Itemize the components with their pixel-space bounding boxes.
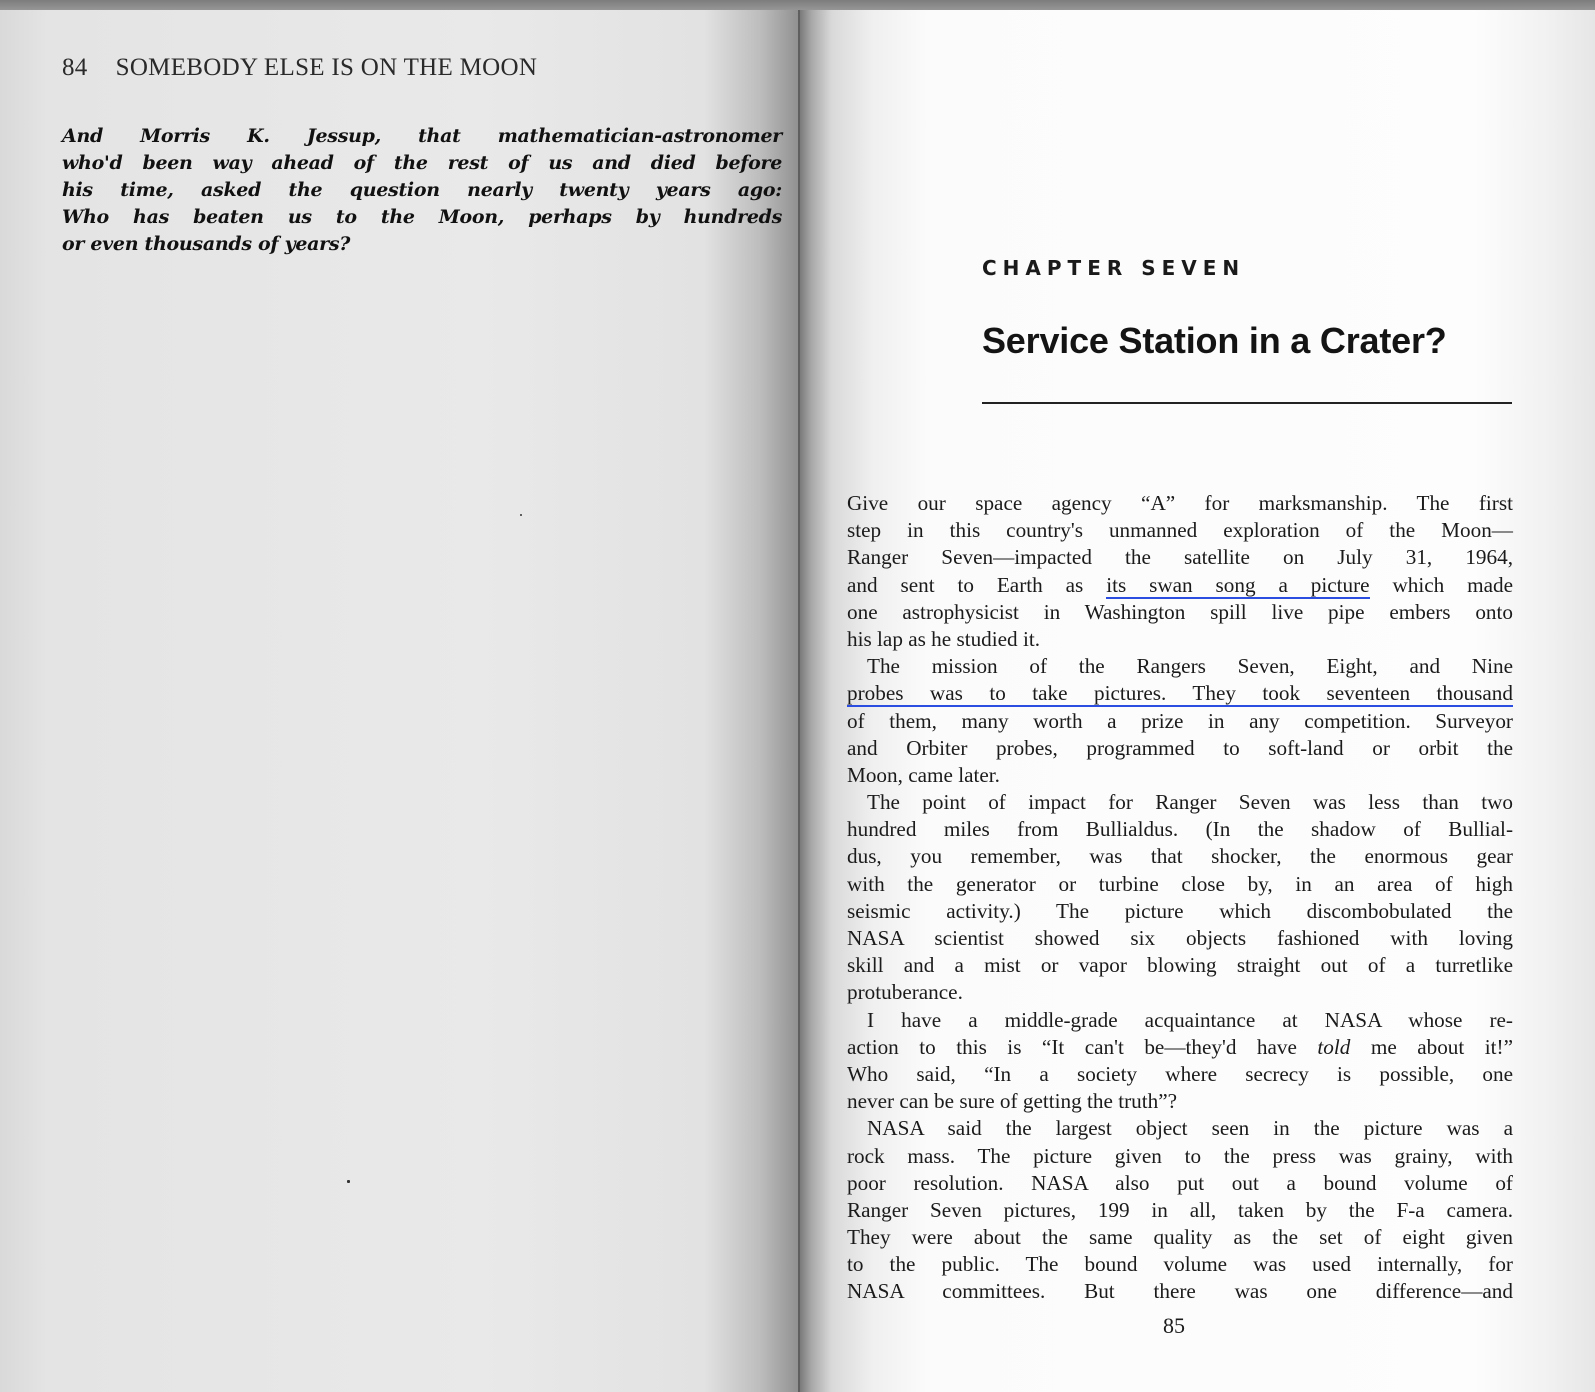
text-span: which made xyxy=(1392,573,1513,597)
text-line: one astrophysicist in Washington spill l… xyxy=(847,599,1513,626)
text-line: his lap as he studied it. xyxy=(847,626,1513,653)
scan-speck xyxy=(520,514,522,516)
text-line: NASA said the largest object seen in the… xyxy=(847,1115,1513,1142)
right-page-number: 85 xyxy=(1163,1313,1185,1339)
text-span: and sent to Earth as xyxy=(847,573,1083,597)
running-head-title: SOMEBODY ELSE IS ON THE MOON xyxy=(116,54,538,81)
text-line: poor resolution. NASA also put out a bou… xyxy=(847,1170,1513,1197)
epigraph-line: or even thousands of years? xyxy=(62,231,782,258)
title-rule xyxy=(982,402,1512,404)
italic-emphasis: told xyxy=(1317,1035,1350,1059)
text-line: dus, you remember, was that shocker, the… xyxy=(847,843,1513,870)
text-span: action to this is “It can't be—they'd ha… xyxy=(847,1035,1297,1059)
text-line-underlined[interactable]: probes was to take pictures. They took s… xyxy=(847,680,1513,707)
text-line: seismic activity.) The picture which dis… xyxy=(847,898,1513,925)
text-line: rock mass. The picture given to the pres… xyxy=(847,1143,1513,1170)
text-line: protuberance. xyxy=(847,979,1513,1006)
highlighted-underline[interactable]: probes was to take pictures. They took s… xyxy=(847,681,1513,707)
highlighted-underline[interactable]: its swan song a picture xyxy=(1106,573,1369,599)
book-spread: 84SOMEBODY ELSE IS ON THE MOON And Morri… xyxy=(0,0,1595,1392)
text-line: They were about the same quality as the … xyxy=(847,1224,1513,1251)
text-line: to the public. The bound volume was used… xyxy=(847,1251,1513,1278)
text-line: step in this country's unmanned explorat… xyxy=(847,517,1513,544)
text-line: Moon, came later. xyxy=(847,762,1513,789)
text-line: and Orbiter probes, programmed to soft-l… xyxy=(847,735,1513,762)
text-span: me about it!” xyxy=(1371,1035,1513,1059)
epigraph-line: who'd been way ahead of the rest of us a… xyxy=(62,150,782,177)
text-line: The mission of the Rangers Seven, Eight,… xyxy=(847,653,1513,680)
chapter-title: Service Station in a Crater? xyxy=(982,320,1447,362)
chapter-label: CHAPTER SEVEN xyxy=(982,256,1245,280)
epigraph: And Morris K. Jessup, that mathematician… xyxy=(62,123,782,258)
epigraph-line: Who has beaten us to the Moon, perhaps b… xyxy=(62,204,782,231)
text-line: hundred miles from Bullialdus. (In the s… xyxy=(847,816,1513,843)
text-line: I have a middle-grade acquaintance at NA… xyxy=(847,1007,1513,1034)
scan-speck xyxy=(347,1180,350,1183)
text-line: never can be sure of getting the truth”? xyxy=(847,1088,1513,1115)
text-line: of them, many worth a prize in any compe… xyxy=(847,708,1513,735)
text-line: with the generator or turbine close by, … xyxy=(847,871,1513,898)
text-line: The point of impact for Ranger Seven was… xyxy=(847,789,1513,816)
text-line: Ranger Seven pictures, 199 in all, taken… xyxy=(847,1197,1513,1224)
text-line: action to this is “It can't be—they'd ha… xyxy=(847,1034,1513,1061)
text-line: Who said, “In a society where secrecy is… xyxy=(847,1061,1513,1088)
epigraph-line: his time, asked the question nearly twen… xyxy=(62,177,782,204)
text-line: skill and a mist or vapor blowing straig… xyxy=(847,952,1513,979)
left-page-number: 84 xyxy=(62,54,88,81)
running-head: 84SOMEBODY ELSE IS ON THE MOON xyxy=(62,54,537,82)
chapter-body: Give our space agency “A” for marksmansh… xyxy=(847,490,1513,1306)
text-line: Give our space agency “A” for marksmansh… xyxy=(847,490,1513,517)
text-line: and sent to Earth as its swan song a pic… xyxy=(847,572,1513,599)
text-line: Ranger Seven—impacted the satellite on J… xyxy=(847,544,1513,571)
text-line: NASA committees. But there was one diffe… xyxy=(847,1278,1513,1305)
epigraph-line: And Morris K. Jessup, that mathematician… xyxy=(62,123,782,150)
text-line: NASA scientist showed six objects fashio… xyxy=(847,925,1513,952)
